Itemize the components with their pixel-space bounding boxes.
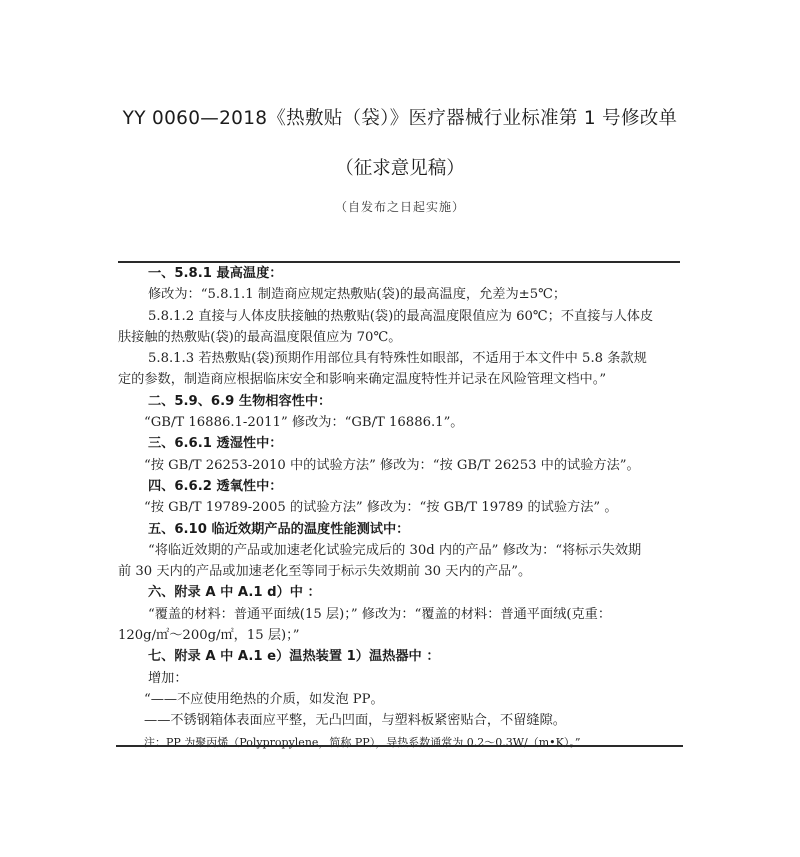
section-line: 定的参数，制造商应根据临床安全和影响来确定温度特性并记录在风险管理文档中。”	[118, 369, 680, 390]
section-line: 120g/㎡～200g/㎡，15 层)；”	[118, 625, 680, 646]
section-heading: 二、5.9、6.9 生物相容性中：	[118, 391, 680, 412]
section-line: 前 30 天内的产品或加速老化至等同于标示失效期前 30 天内的产品”。	[118, 561, 680, 582]
section-line: “按 GB/T 26253-2010 中的试验方法” 修改为：“按 GB/T 2…	[118, 455, 680, 476]
amendment-body: 一、5.8.1 最高温度： 修改为：“5.8.1.1 制造商应规定热敷贴(袋)的…	[118, 263, 680, 753]
section-heading: 七、附录 A 中 A.1 e）温热装置 1）温热器中 ：	[118, 646, 680, 667]
section-line: 5.8.1.2 直接与人体皮肤接触的热敷贴(袋)的最高温度限值应为 60℃；不直…	[118, 306, 680, 327]
section-heading: 三、6.6.1 透湿性中：	[118, 433, 680, 454]
section-line: “覆盖的材料：普通平面绒(15 层)；” 修改为：“覆盖的材料：普通平面绒(克重…	[118, 604, 680, 625]
effective-note: （自发布之日起实施）	[0, 198, 800, 215]
section-line: 修改为：“5.8.1.1 制造商应规定热敷贴(袋)的最高温度，允差为±5℃；	[118, 284, 680, 305]
document-title: YY 0060—2018《热敷贴（袋）》医疗器械行业标准第 1 号修改单	[0, 104, 800, 130]
section-line: “——不应使用绝热的介质，如发泡 PP。	[118, 689, 680, 710]
section-line: “将临近效期的产品或加速老化试验完成后的 30d 内的产品” 修改为：“将标示失…	[118, 540, 680, 561]
section-heading: 五、6.10 临近效期产品的温度性能测试中：	[118, 519, 680, 540]
section-heading: 一、5.8.1 最高温度：	[118, 263, 680, 284]
section-line: “按 GB/T 19789-2005 的试验方法” 修改为：“按 GB/T 19…	[118, 497, 680, 518]
document-page: YY 0060—2018《热敷贴（袋）》医疗器械行业标准第 1 号修改单 （征求…	[0, 0, 800, 857]
section-heading: 六、附录 A 中 A.1 d）中 ：	[118, 582, 680, 603]
bottom-divider	[116, 745, 683, 747]
document-subtitle: （征求意见稿）	[0, 154, 800, 180]
section-line: “GB/T 16886.1-2011” 修改为：“GB/T 16886.1”。	[118, 412, 680, 433]
section-line: 增加：	[118, 668, 680, 689]
section-heading: 四、6.6.2 透氧性中：	[118, 476, 680, 497]
section-line: ——不锈钢箱体表面应平整，无凸凹面，与塑料板紧密贴合，不留缝隙。	[118, 710, 680, 731]
footnote: 注：PP 为聚丙烯（Polypropylene，简称 PP），导热系数通常为 0…	[118, 732, 680, 753]
section-line: 肤接触的热敷贴(袋)的最高温度限值应为 70℃。	[118, 327, 680, 348]
section-line: 5.8.1.3 若热敷贴(袋)预期作用部位具有特殊性如眼部，不适用于本文件中 5…	[118, 348, 680, 369]
